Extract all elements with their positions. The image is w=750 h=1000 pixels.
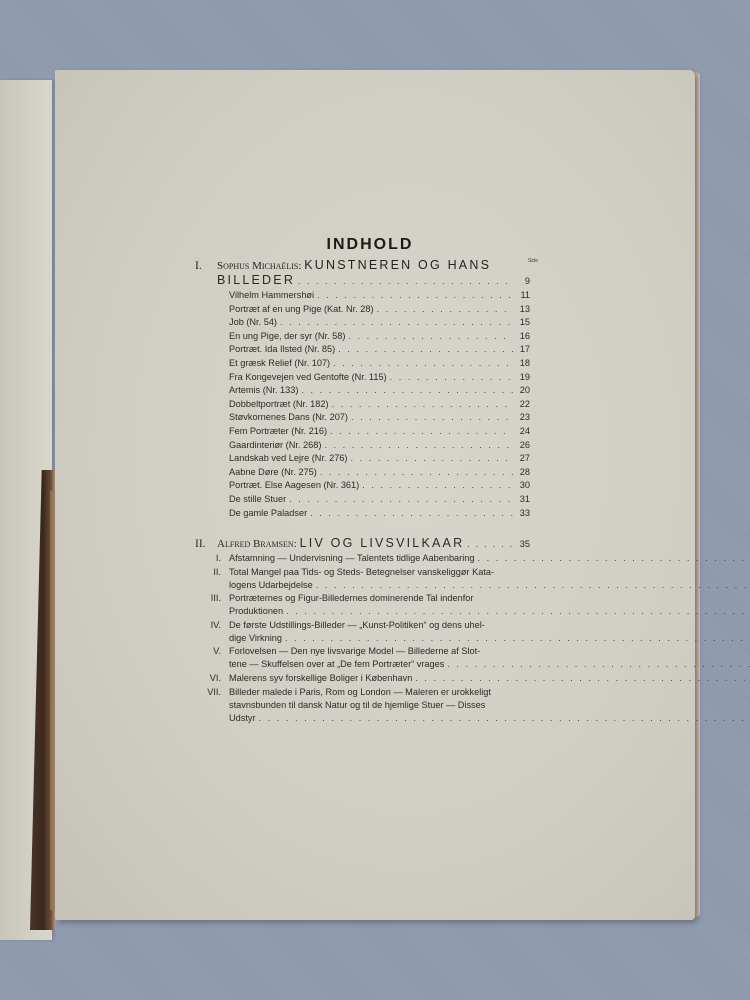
- toc-row: En ung Pige, der syr (Nr. 58)16: [195, 330, 530, 344]
- toc-row: Portræt af en ung Pige (Kat. Nr. 28)13: [195, 303, 530, 317]
- entry-label: Aabne Døre (Nr. 275): [229, 466, 317, 480]
- chapter-numeral: I.: [195, 552, 229, 566]
- page-number: 23: [516, 411, 530, 425]
- page-number: 13: [516, 303, 530, 317]
- leader-dots: [259, 712, 750, 726]
- leader-dots: [310, 507, 513, 521]
- leader-dots: [338, 343, 513, 357]
- page-number: 17: [516, 343, 530, 357]
- section-author: Alfred Bramsen:: [217, 538, 297, 550]
- toc-row: BILLEDER 9: [195, 273, 530, 289]
- leader-dots: [289, 493, 513, 507]
- toc-row: Artemis (Nr. 133)20: [195, 384, 530, 398]
- chapter-title: De første Udstillings-Billeder — „Kunst-…: [229, 619, 750, 632]
- chapter-title: Total Mangel paa Tids- og Steds- Betegne…: [229, 566, 750, 579]
- chapter-row: V. Forlovelsen — Den nye livsvarige Mode…: [195, 645, 530, 672]
- leader-dots: [280, 316, 513, 330]
- chapter-title-cont: Udstyr: [229, 712, 256, 726]
- toc-row: Portræt. Ida Ilsted (Nr. 85)17: [195, 343, 530, 357]
- page-number: 33: [516, 507, 530, 521]
- page-number: 22: [516, 398, 530, 412]
- chapter-row: VI. Malerens syv forskellige Boliger i K…: [195, 672, 530, 686]
- section-title: LIV OG LIVSVILKAAR: [300, 536, 465, 550]
- section-2-heading: II.Alfred Bramsen: LIV OG LIVSVILKAAR 35: [195, 536, 530, 552]
- entry-label: Dobbeltportræt (Nr. 182): [229, 398, 329, 412]
- toc-row: Gaardinteriør (Nr. 268)26: [195, 439, 530, 453]
- leader-dots: [351, 452, 514, 466]
- chapter-title-cont: dige Virkning: [229, 632, 282, 646]
- section-title-cont: BILLEDER: [217, 273, 295, 288]
- leader-dots: [467, 537, 513, 552]
- toc-row: Landskab ved Lejre (Nr. 276)27: [195, 452, 530, 466]
- leader-dots: [286, 605, 750, 619]
- section-author: Sophus Michaëlis:: [217, 260, 301, 272]
- leader-dots: [320, 466, 513, 480]
- toc-row: Produktionen41: [229, 605, 750, 619]
- page-number: 15: [516, 316, 530, 330]
- chapter-title: Malerens syv forskellige Boliger i Køben…: [229, 672, 412, 686]
- chapter-title: Portræternes og Figur-Billedernes domine…: [229, 592, 750, 605]
- page-number: 26: [516, 439, 530, 453]
- page-number: 18: [516, 357, 530, 371]
- page-number: 28: [516, 466, 530, 480]
- chapter-row: IV. De første Udstillings-Billeder — „Ku…: [195, 619, 530, 646]
- entry-label: Støvkornenes Dans (Nr. 207): [229, 411, 348, 425]
- entry-label: Landskab ved Lejre (Nr. 276): [229, 452, 348, 466]
- chapter-row: II. Total Mangel paa Tids- og Steds- Bet…: [195, 566, 530, 593]
- toc-row: Malerens syv forskellige Boliger i Køben…: [229, 672, 750, 686]
- entry-label: De gamle Paladser: [229, 507, 307, 521]
- leader-dots: [362, 479, 513, 493]
- chapter-title-cont: logens Udarbejdelse: [229, 579, 313, 593]
- chapter-row: III. Portræternes og Figur-Billedernes d…: [195, 592, 530, 619]
- entry-label: Job (Nr. 54): [229, 316, 277, 330]
- toc-row: Fem Portræter (Nr. 216)24: [195, 425, 530, 439]
- section-numeral: II.: [195, 537, 217, 552]
- leader-dots: [285, 632, 750, 646]
- leader-dots: [332, 398, 513, 412]
- chapter-numeral: IV.: [195, 619, 229, 646]
- page-number: 11: [516, 289, 530, 303]
- entry-label: Portræt af en ung Pige (Kat. Nr. 28): [229, 303, 374, 317]
- leader-dots: [348, 330, 513, 344]
- leader-dots: [324, 439, 513, 453]
- page-number: 35: [516, 537, 530, 552]
- entry-label: Gaardinteriør (Nr. 268): [229, 439, 321, 453]
- entry-label: En ung Pige, der syr (Nr. 58): [229, 330, 345, 344]
- chapter-title-cont: stavnsbunden til dansk Natur og til de h…: [229, 699, 750, 712]
- leader-dots: [317, 289, 513, 303]
- entry-label: De stille Stuer: [229, 493, 286, 507]
- chapter-numeral: III.: [195, 592, 229, 619]
- chapter-title-cont: Produktionen: [229, 605, 283, 619]
- leader-dots: [330, 425, 513, 439]
- entry-label: Artemis (Nr. 133): [229, 384, 298, 398]
- toc-row: Vilhelm Hammershøi11: [195, 289, 530, 303]
- page-number: 30: [516, 479, 530, 493]
- page-number: 20: [516, 384, 530, 398]
- toc-row: logens Udarbejdelse40: [229, 579, 750, 593]
- table-of-contents: INDHOLD Side I.Sophus Michaëlis: KUNSTNE…: [195, 236, 530, 725]
- section-heading: II.Alfred Bramsen: LIV OG LIVSVILKAAR: [195, 536, 464, 552]
- toc-row: De stille Stuer31: [195, 493, 530, 507]
- leader-dots: [333, 357, 513, 371]
- entry-label: Portræt. Ida Ilsted (Nr. 85): [229, 343, 335, 357]
- toc-row: Job (Nr. 54)15: [195, 316, 530, 330]
- toc-row: De gamle Paladser33: [195, 507, 530, 521]
- page-number: 31: [516, 493, 530, 507]
- toc-title: INDHOLD: [210, 236, 530, 254]
- leader-dots: [390, 371, 513, 385]
- chapter-numeral: VI.: [195, 672, 229, 686]
- entry-label: Portræt. Else Aagesen (Nr. 361): [229, 479, 359, 493]
- toc-row: Udstyr51: [229, 712, 750, 726]
- toc-row: Fra Kongevejen ved Gentofte (Nr. 115)19: [195, 371, 530, 385]
- page-number: 27: [516, 452, 530, 466]
- leader-dots: [415, 672, 750, 686]
- chapter-title: Billeder malede i Paris, Rom og London —…: [229, 686, 750, 699]
- leader-dots: [477, 552, 750, 566]
- chapter-numeral: VII.: [195, 686, 229, 726]
- chapter-numeral: V.: [195, 645, 229, 672]
- page-number: 9: [516, 274, 530, 289]
- entry-label: Fra Kongevejen ved Gentofte (Nr. 115): [229, 371, 387, 385]
- chapter-title: Forlovelsen — Den nye livsvarige Model —…: [229, 645, 750, 658]
- entry-label: Fem Portræter (Nr. 216): [229, 425, 327, 439]
- toc-row: Afstamning — Undervisning — Talentets ti…: [229, 552, 750, 566]
- leader-dots: [447, 658, 750, 672]
- toc-row: tene — Skuffelsen over at „De fem Portræ…: [229, 658, 750, 672]
- section-numeral: I.: [195, 259, 217, 273]
- entry-label: Vilhelm Hammershøi: [229, 289, 314, 303]
- leader-dots: [351, 411, 513, 425]
- leader-dots: [301, 384, 513, 398]
- chapter-row: VII. Billeder malede i Paris, Rom og Lon…: [195, 686, 530, 726]
- toc-row: Aabne Døre (Nr. 275)28: [195, 466, 530, 480]
- toc-row: Et græsk Relief (Nr. 107)18: [195, 357, 530, 371]
- page-number: 19: [516, 371, 530, 385]
- page-number: 16: [516, 330, 530, 344]
- toc-row: Dobbeltportræt (Nr. 182)22: [195, 398, 530, 412]
- leader-dots: [298, 274, 513, 289]
- page-number: 24: [516, 425, 530, 439]
- section-title: KUNSTNEREN OG HANS: [304, 258, 491, 272]
- chapter-row: I. Afstamning — Undervisning — Talentets…: [195, 552, 530, 566]
- chapter-numeral: II.: [195, 566, 229, 593]
- toc-row: Portræt. Else Aagesen (Nr. 361)30: [195, 479, 530, 493]
- leader-dots: [377, 303, 513, 317]
- chapter-title: Afstamning — Undervisning — Talentets ti…: [229, 552, 474, 566]
- chapter-title-cont: tene — Skuffelsen over at „De fem Portræ…: [229, 658, 444, 672]
- entry-label: Et græsk Relief (Nr. 107): [229, 357, 330, 371]
- section-1-heading: I.Sophus Michaëlis: KUNSTNEREN OG HANS: [195, 258, 530, 273]
- leader-dots: [316, 579, 750, 593]
- toc-row: dige Virkning43: [229, 632, 750, 646]
- toc-row: Støvkornenes Dans (Nr. 207)23: [195, 411, 530, 425]
